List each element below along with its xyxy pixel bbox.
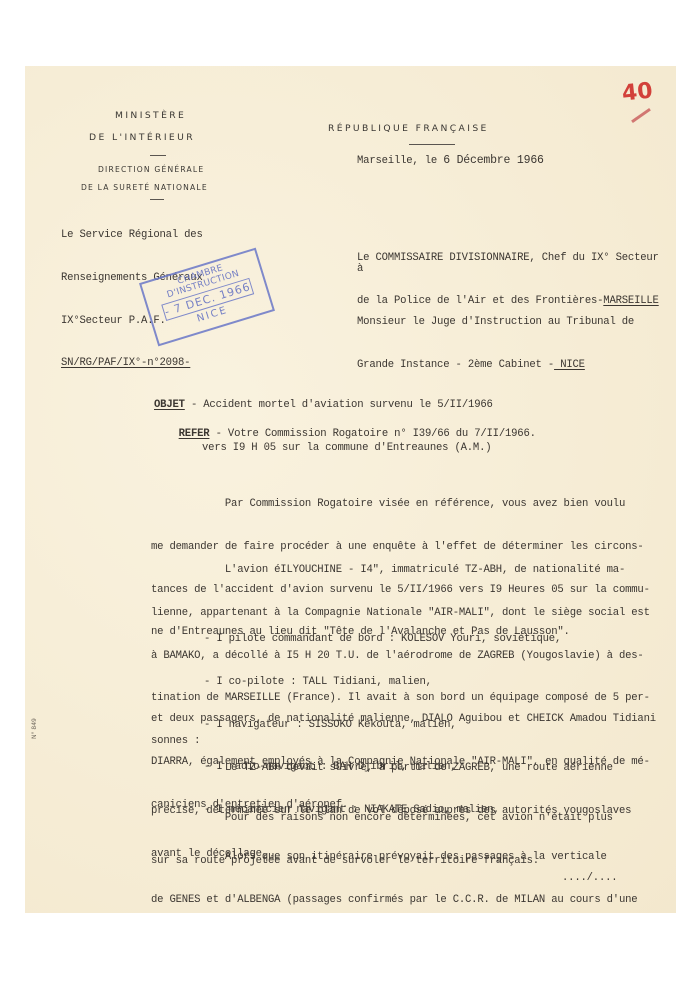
date-value: 6 Décembre 1966: [443, 154, 544, 167]
direction-line1: DIRECTION GÉNÉRALE: [98, 165, 204, 174]
continuation-mark: ..../....: [562, 871, 617, 885]
republic-divider: [409, 144, 455, 145]
to-word: à: [357, 262, 363, 276]
text-line: et deux passagers, de nationalité malien…: [151, 712, 656, 726]
reference-number: SN/RG/PAF/IX°-n°2098-: [61, 356, 203, 370]
sender-line1: Le COMMISSAIRE DIVISIONNAIRE, Chef du IX…: [357, 251, 659, 265]
objet-label: OBJET: [154, 399, 185, 411]
red-pencil-mark: [631, 108, 651, 123]
red-page-annotation: 40: [621, 78, 654, 106]
text-line: L'avion éILYOUCHINE - I4", immatriculé T…: [151, 563, 650, 577]
service-line: Le Service Régional des: [61, 228, 203, 242]
header-divider: [150, 155, 166, 156]
text-line: Alors que son itinéraire prévoyait des p…: [151, 850, 637, 864]
objet-line1: - Accident mortel d'aviation survenu le …: [185, 399, 493, 411]
side-archive-number: N° 849: [31, 718, 38, 739]
ministry-line1: MINISTÈRE: [115, 110, 186, 121]
refer-block: REFER - Votre Commission Rogatoire n° I3…: [154, 413, 536, 456]
ministry-line2: DE L'INTÉRIEUR: [89, 132, 195, 143]
refer-text: - Votre Commission Rogatoire n° I39/66 d…: [209, 428, 535, 440]
crew-item: - I pilote commandant de bord : KOLESOV …: [204, 632, 561, 646]
document-page: 40 MINISTÈRE DE L'INTÉRIEUR DIRECTION GÉ…: [25, 66, 676, 913]
recipient-city: NICE: [554, 359, 585, 371]
direction-line2: DE LA SURETÉ NATIONALE: [81, 183, 208, 192]
text-line: Le TZ-ABH devait suivre, à partir de ZAG…: [151, 761, 631, 775]
refer-label: REFER: [179, 428, 210, 440]
recipient-line1: Monsieur le Juge d'Instruction au Tribun…: [357, 315, 634, 329]
republic-heading: RÉPUBLIQUE FRANÇAISE: [328, 123, 489, 134]
place-prefix: Marseille, le: [357, 155, 443, 167]
place-date: Marseille, le 6 Décembre 1966: [357, 154, 544, 168]
text-line: Par Commission Rogatoire visée en référe…: [151, 497, 650, 511]
text-line: de GENES et d'ALBENGA (passages confirmé…: [151, 893, 637, 907]
